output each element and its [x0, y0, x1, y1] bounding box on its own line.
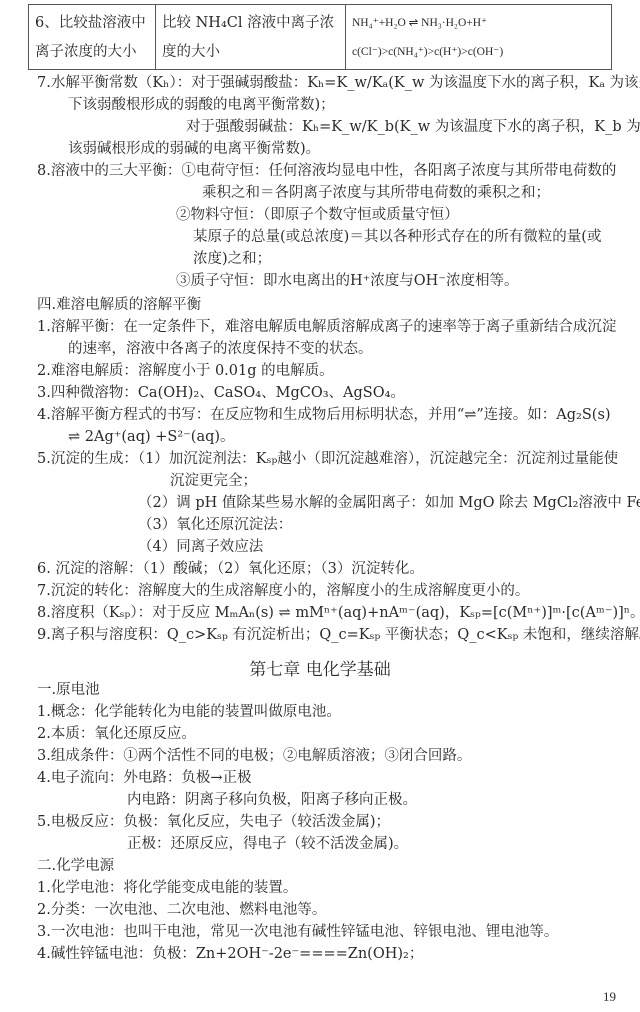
table-cell-topic: 6、比较盐溶液中 离子浓度的大小	[29, 5, 156, 69]
text-line: 5.沉淀的生成：（1）加沉淀剂法：Kₛₚ越小（即沉淀越难溶），沉淀越完全：沉淀剂…	[37, 449, 618, 469]
text-line: 一.原电池	[37, 680, 100, 700]
text-line: 该弱碱根形成的弱碱的电离平衡常数)。	[68, 139, 320, 159]
text-line: 内电路：阴离子移向负极，阳离子移向正极。	[127, 790, 417, 810]
text-line: 乘积之和＝各阴离子浓度与其所带电荷数的乘积之和；	[202, 183, 550, 203]
text-line: 正极：还原反应，得电子（较不活泼金属)。	[127, 834, 408, 854]
table-cell-task: 比较 NH₄Cl 溶液中离子浓 度的大小	[156, 5, 346, 69]
text-line: ③质子守恒：即水电离出的H⁺浓度与OH⁻浓度相等。	[176, 271, 518, 291]
text-line: 3.四种微溶物：Ca(OH)₂、CaSO₄、MgCO₃、AgSO₄。	[37, 383, 405, 403]
text-line: 8.溶液中的三大平衡：①电荷守恒：任何溶液均显电中性，各阳离子浓度与其所带电荷数…	[37, 161, 616, 181]
text-line: 9.离子积与溶度积：Q_c>Kₛₚ 有沉淀析出；Q_c=Kₛₚ 平衡状态；Q_c…	[37, 625, 640, 645]
text-line: （2）调 pH 值除某些易水解的金属阳离子：如加 MgO 除去 MgCl₂溶液中…	[138, 493, 640, 513]
text-line: 浓度)之和；	[193, 249, 271, 269]
text-line: 7.沉淀的转化：溶解度大的生成溶解度小的，溶解度小的生成溶解度更小的。	[37, 581, 529, 601]
text-line: 4.碱性锌锰电池：负极：Zn+2OH⁻-2e⁻====Zn(OH)₂；	[37, 944, 423, 964]
chapter-title: 第七章 电化学基础	[0, 655, 640, 680]
text-line: 6. 沉淀的溶解：（1）酸碱；（2）氧化还原；（3）沉淀转化。	[37, 559, 424, 579]
comparison-table: 6、比较盐溶液中 离子浓度的大小 比较 NH₄Cl 溶液中离子浓 度的大小 NH…	[28, 4, 612, 70]
table-cell-answer: NH₄⁺+H₂O ⇌ NH₃·H₂O+H⁺ c(Cl⁻)>c(NH₄⁺)>c(H…	[346, 5, 611, 69]
cell-text: 度的大小	[162, 38, 339, 67]
text-line: 5.电极反应：负极：氧化反应，失电子（较活泼金属)；	[37, 812, 390, 832]
text-line: 1.概念：化学能转化为电能的装置叫做原电池。	[37, 702, 341, 722]
text-line: 2.分类：一次电池、二次电池、燃料电池等。	[37, 900, 326, 920]
cell-text: 6、比较盐溶液中	[35, 9, 149, 38]
text-line: ②物料守恒：（即原子个数守恒或质量守恒）	[176, 205, 459, 225]
text-line: 1.化学电池：将化学能变成电能的装置。	[37, 878, 297, 898]
text-line: 沉淀更完全；	[170, 471, 257, 491]
text-line: ⇌ 2Ag⁺(aq) +S²⁻(aq)。	[68, 427, 235, 447]
text-line: 7.水解平衡常数（Kₕ）：对于强碱弱酸盐：Kₕ=K_w/Kₐ(K_w 为该温度下…	[37, 73, 640, 93]
text-line: （3）氧化还原沉淀法：	[138, 515, 292, 535]
text-line: 3.组成条件：①两个活性不同的电极；②电解质溶液；③闭合回路。	[37, 746, 471, 766]
text-line: 某原子的总量(或总浓度)＝其以各种形式存在的所有微粒的量(或	[193, 227, 601, 247]
text-line: 2.本质：氧化还原反应。	[37, 724, 196, 744]
text-line: 二.化学电源	[37, 856, 114, 876]
page-number: 19	[603, 989, 616, 1005]
text-line: 2.难溶电解质：溶解度小于 0.01g 的电解质。	[37, 361, 334, 381]
text-line: 4.溶解平衡方程式的书写：在反应物和生成物后用标明状态，并用“⇌”连接。如：Ag…	[37, 405, 611, 425]
text-line: 4.电子流向：外电路：负极→正极	[37, 768, 251, 788]
text-line: 1.溶解平衡：在一定条件下，难溶电解质电解质溶解成离子的速率等于离子重新结合成沉…	[37, 317, 616, 337]
cell-text: 比较 NH₄Cl 溶液中离子浓	[162, 9, 339, 38]
text-line: 四.难溶电解质的溶解平衡	[37, 295, 201, 315]
cell-inequality: c(Cl⁻)>c(NH₄⁺)>c(H⁺)>c(OH⁻)	[352, 38, 605, 67]
text-line: 的速率，溶液中各离子的浓度保持不变的状态。	[68, 339, 373, 359]
text-line: （4）同离子效应法	[138, 537, 263, 557]
cell-text: 离子浓度的大小	[35, 38, 149, 67]
text-line: 3.一次电池：也叫干电池，常见一次电池有碱性锌锰电池、锌银电池、锂电池等。	[37, 922, 558, 942]
text-line: 对于强酸弱碱盐：Kₕ=K_w/K_b(K_w 为该温度下水的离子积，K_b 为该…	[186, 117, 640, 137]
text-line: 下该弱酸根形成的弱酸的电离平衡常数)；	[68, 95, 335, 115]
cell-equation: NH₄⁺+H₂O ⇌ NH₃·H₂O+H⁺	[352, 9, 605, 38]
text-line: 8.溶度积（Kₛₚ）：对于反应 MₘAₙ(s) ⇌ mMⁿ⁺(aq)+nAᵐ⁻(…	[37, 603, 640, 623]
